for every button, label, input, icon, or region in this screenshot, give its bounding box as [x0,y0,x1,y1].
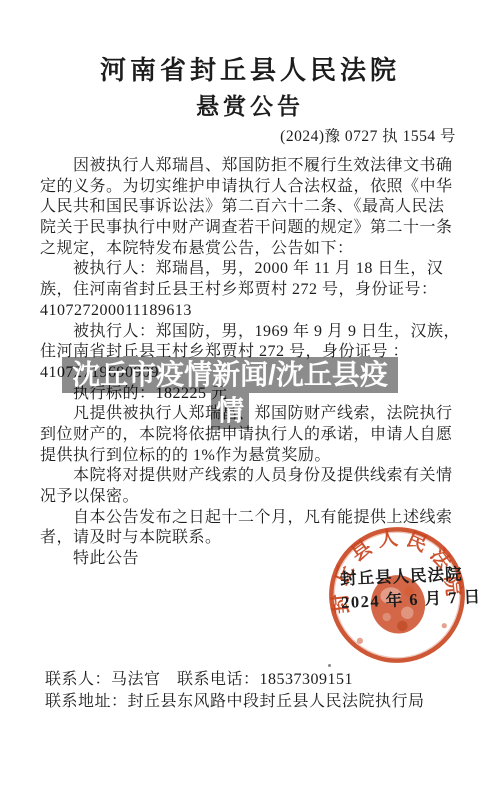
body-line: 之规定，本院特发布悬赏公告，公告如下： [40,239,470,260]
body-line: 族，住河南省封丘县王村乡郑贾村 272 号，身份证号： [40,280,470,301]
body-line: 人民共和国民事诉讼法》第二百六十二条、《最高人民法 [40,197,470,218]
body-line: 院关于民事执行中财产调查若干问题的规定》第二十一条 [40,218,470,239]
scanned-notice-page: { "notice": { "court_title": "河南省封丘县人民法院… [0,0,500,789]
contact-person-line: 联系人：马法官 联系电话：18537309151 [45,669,425,691]
body-line: 因被执行人郑瑞昌、郑国防拒不履行生效法律文书确 [40,156,470,177]
body-line: 况予以保密。 [40,487,470,508]
overlay-title-line1: 沈丘市疫情新闻/沈丘县疫 [62,357,398,393]
body-line: 410727200011189613 [40,301,470,322]
notice-title: 悬赏公告 [0,88,500,121]
body-line: 提供执行到位标的的 1%作为悬赏奖励。 [40,446,470,467]
court-title: 河南省封丘县人民法院 [0,50,500,87]
overlay-title-line2: 情 [211,393,249,429]
body-line: 定的义务。为切实维护申请执行人合法权益，依照《中华 [40,177,470,198]
body-line: 被执行人：郑国防，男，1969 年 9 月 9 日生，汉族， [40,322,470,343]
body-line: 被执行人：郑瑞昌，男，2000 年 11 月 18 日生，汉 [40,259,470,280]
body-line: 本院将对提供财产线索的人员身份及提供线索有关情 [40,466,470,487]
contact-address-line: 联系地址：封丘县东风路中段封丘县人民法院执行局 [45,691,425,713]
contact-block: 联系人：马法官 联系电话：18537309151 联系地址：封丘县东风路中段封丘… [45,669,425,713]
case-number: (2024)豫 0727 执 1554 号 [280,124,456,146]
watermark-title-overlay: 沈丘市疫情新闻/沈丘县疫 情 [62,357,398,429]
